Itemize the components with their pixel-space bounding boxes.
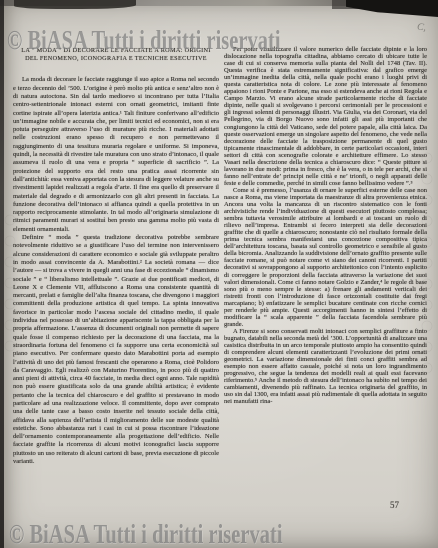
paragraph-right-3: A Firenze si sono conservati molti inton… (224, 328, 427, 406)
watermark-bottom: © BiASA Tutti i diritti riservati (9, 519, 283, 548)
margin-mark: C, (416, 21, 427, 33)
paragraph-left-1: La moda di decorare le facciate raggiung… (13, 76, 219, 234)
paragraph-right-2: Come si è premesso, l’usanza di ornare l… (224, 187, 427, 328)
article-title-line2: DEL FENOMENO, ICONOGRAFIA E TECNICHE ESE… (13, 55, 219, 63)
column-left: LA “ MODA ” DI DECORARE LE FACCIATE A RO… (13, 47, 219, 525)
scan-top-right-corner (346, 0, 438, 17)
scan-left-edge (0, 0, 4, 548)
scan-top-edge-blob (14, 0, 136, 9)
watermark-top: © BiASA Tutti i diritti riservati (7, 25, 281, 56)
page-number: 57 (390, 500, 399, 510)
paragraph-right-1: Per poter visualizzare il valore numeric… (224, 46, 427, 187)
column-right: Per poter visualizzare il valore numeric… (224, 46, 427, 502)
paragraph-left-2: Definire “ moda ” questa tradizione deco… (13, 234, 219, 466)
scanned-page: C, LA “ MODA ” DI DECORARE LE FACCIATE A… (0, 0, 438, 548)
